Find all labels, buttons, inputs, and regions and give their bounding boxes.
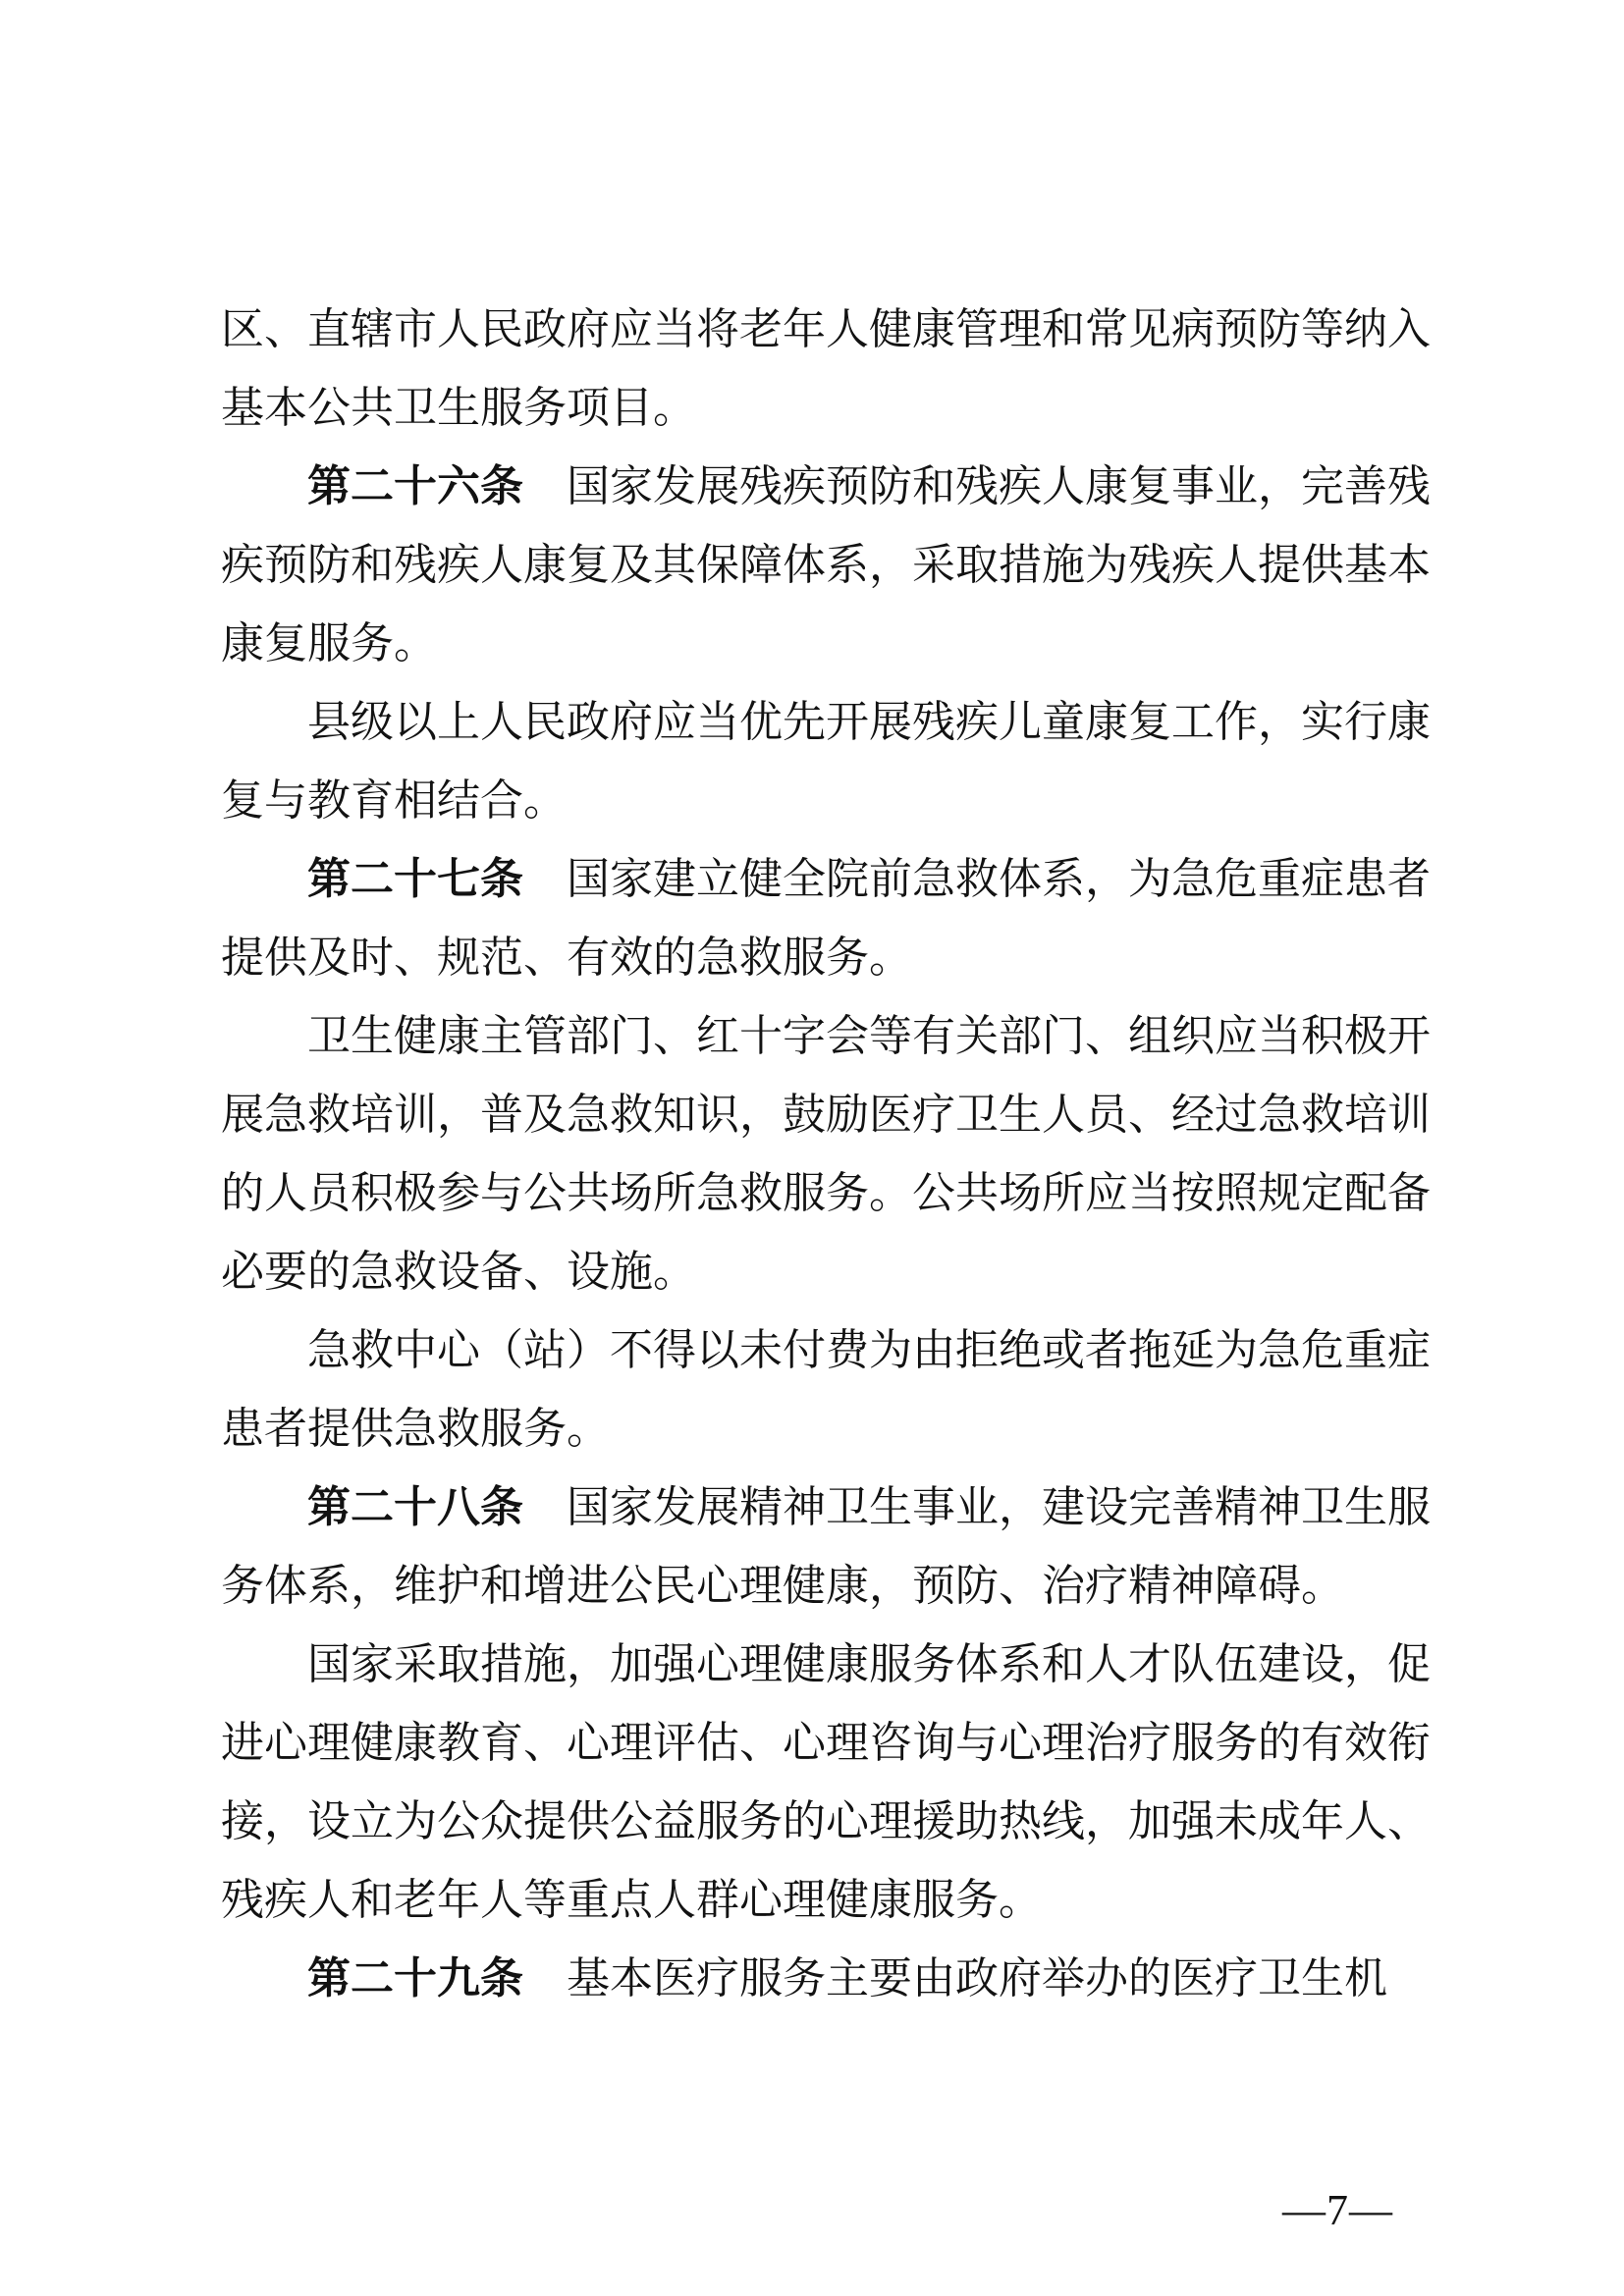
- document-body: 区、直辖市人民政府应当将老年人健康管理和常见病预防等纳入基本公共卫生服务项目。第…: [221, 291, 1431, 2018]
- page-number: —7—: [1282, 2189, 1393, 2232]
- paragraph: 第二十六条国家发展残疾预防和残疾人康复事业，完善残疾预防和残疾人康复及其保障体系…: [221, 448, 1431, 683]
- paragraph: 卫生健康主管部门、红十字会等有关部门、组织应当积极开展急救培训，普及急救知识，鼓…: [221, 997, 1431, 1311]
- paragraph-text: 卫生健康主管部门、红十字会等有关部门、组织应当积极开展急救培训，普及急救知识，鼓…: [221, 1012, 1431, 1296]
- article-number: 第二十七条: [307, 855, 523, 903]
- paragraph-text: 急救中心（站）不得以未付费为由拒绝或者拖延为急危重症患者提供急救服务。: [221, 1326, 1431, 1453]
- article-number: 第二十八条: [307, 1483, 523, 1531]
- paragraph-text: 国家采取措施，加强心理健康服务体系和人才队伍建设，促进心理健康教育、心理评估、心…: [221, 1640, 1431, 1924]
- paragraph: 急救中心（站）不得以未付费为由拒绝或者拖延为急危重症患者提供急救服务。: [221, 1311, 1431, 1468]
- paragraph: 第二十九条基本医疗服务主要由政府举办的医疗卫生机: [221, 1940, 1431, 2018]
- paragraph: 区、直辖市人民政府应当将老年人健康管理和常见病预防等纳入基本公共卫生服务项目。: [221, 291, 1431, 448]
- paragraph-text: 基本医疗服务主要由政府举办的医疗卫生机: [567, 1954, 1387, 2002]
- paragraph-text: 区、直辖市人民政府应当将老年人健康管理和常见病预防等纳入基本公共卫生服务项目。: [221, 305, 1431, 432]
- paragraph: 第二十七条国家建立健全院前急救体系，为急危重症患者提供及时、规范、有效的急救服务…: [221, 840, 1431, 997]
- document-page: 区、直辖市人民政府应当将老年人健康管理和常见病预防等纳入基本公共卫生服务项目。第…: [0, 0, 1624, 2296]
- paragraph: 国家采取措施，加强心理健康服务体系和人才队伍建设，促进心理健康教育、心理评估、心…: [221, 1626, 1431, 1940]
- paragraph: 县级以上人民政府应当优先开展残疾儿童康复工作，实行康复与教育相结合。: [221, 683, 1431, 840]
- paragraph-text: 县级以上人民政府应当优先开展残疾儿童康复工作，实行康复与教育相结合。: [221, 698, 1431, 825]
- paragraph: 第二十八条国家发展精神卫生事业，建设完善精神卫生服务体系，维护和增进公民心理健康…: [221, 1468, 1431, 1626]
- article-number: 第二十九条: [307, 1954, 523, 2002]
- article-number: 第二十六条: [307, 462, 523, 510]
